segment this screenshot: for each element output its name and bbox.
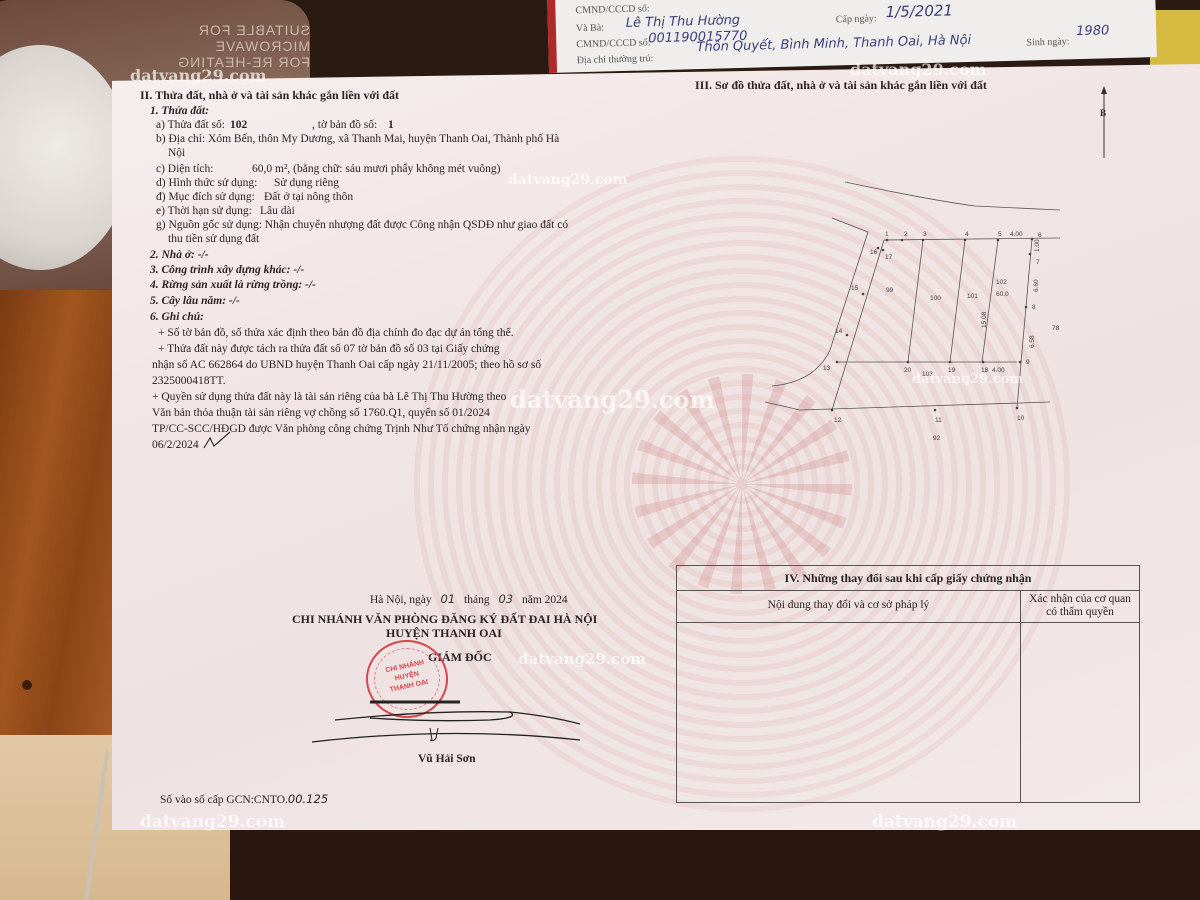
svg-text:11: 11 [935, 417, 942, 424]
svg-text:2: 2 [904, 231, 908, 238]
svg-text:15.08: 15.08 [981, 311, 988, 328]
cmnd-top-label: CMND/CCCD số: [575, 3, 649, 16]
col-authority-line1: Xác nhận của cơ quan [1021, 593, 1139, 606]
to-ban-do-value: 1 [388, 118, 394, 132]
svg-text:100: 100 [930, 295, 941, 302]
wooden-table [0, 290, 130, 750]
svg-text:1: 1 [885, 231, 889, 238]
svg-text:8: 8 [1032, 304, 1036, 311]
ghi-chu-line: Văn bản thỏa thuận tài sản riêng vợ chồn… [152, 406, 490, 420]
sub1-title: 1. Thửa đất: [150, 104, 209, 118]
col-authority-header: Xác nhận của cơ quan có thẩm quyền [1021, 590, 1139, 623]
changes-table: IV. Những thay đổi sau khi cấp giấy chứn… [676, 565, 1140, 803]
signer-name: Vũ Hải Sơn [418, 752, 476, 766]
thua-dat-label: a) Thửa đất số: [156, 118, 225, 132]
container-label: SUITABLE FOR MICROWAVE FOR RE-HEATING [130, 22, 310, 70]
svg-text:4.00: 4.00 [1010, 231, 1023, 238]
to-ban-do-label: , tờ bản đồ số: [312, 118, 377, 132]
org-line1: CHI NHÁNH VĂN PHÒNG ĐĂNG KÝ ĐẤT ĐAI HÀ N… [292, 612, 597, 626]
watermark: datvang29.com [130, 66, 267, 85]
thua-dat-value: 102 [230, 118, 247, 132]
svg-text:4: 4 [965, 231, 969, 238]
watermark: datvang29.com [508, 172, 628, 188]
registry-value: 00.125 [288, 792, 328, 806]
north-arrow-icon [1097, 86, 1111, 160]
svg-text:7: 7 [1036, 259, 1040, 266]
cmnd-label: CMND/CCCD số: [576, 37, 650, 50]
sinh-ngay-label: Sinh ngày: [1026, 36, 1069, 48]
plot-map-svg: 1234567891011121314151617181920991001011… [760, 170, 1080, 460]
nguon-goc-line2: thu tiền sử dụng đất [168, 232, 259, 246]
svg-text:16: 16 [870, 249, 878, 256]
col-authority-line2: có thẩm quyền [1021, 606, 1139, 619]
svg-text:17: 17 [885, 254, 893, 261]
container-lid [0, 45, 130, 270]
ghi-chu-line: nhận số AC 662864 do UBND huyện Thanh Oa… [152, 358, 541, 372]
date-month-label: tháng [464, 594, 490, 606]
cay-lau-nam: 5. Cây lâu năm: -/- [150, 294, 240, 308]
registry-label: Số vào sổ cấp GCN:CNTO. [160, 794, 288, 806]
section2-title: II. Thửa đất, nhà ở và tài sản khác gắn … [140, 88, 399, 102]
watermark: datvang29.com [510, 385, 715, 414]
svg-text:92: 92 [933, 435, 941, 442]
va-ba-value: Lê Thị Thu Hường [626, 13, 741, 31]
svg-text:14: 14 [835, 328, 843, 335]
cap-ngay-value: 1/5/2021 [885, 1, 953, 21]
dia-chi-label: Địa chỉ thường trú: [577, 53, 654, 66]
watermark: datvang29.com [140, 812, 285, 832]
container-text-line: SUITABLE FOR MICROWAVE [130, 22, 310, 54]
wood-knot [22, 680, 32, 690]
svg-text:101: 101 [967, 293, 978, 300]
nha-o: 2. Nhà ở: -/- [150, 248, 209, 262]
svg-text:3: 3 [923, 231, 927, 238]
ghi-chu-line: + Quyền sử dụng thửa đất này là tài sản … [152, 390, 506, 404]
svg-text:6: 6 [1038, 232, 1042, 239]
ghi-chu-line: 2325000418TT. [152, 374, 226, 388]
org-line2: HUYỆN THANH OAI [386, 626, 502, 640]
date-month: 03 [498, 592, 513, 606]
hinh-thuc-label: d) Hình thức sử dụng: [156, 176, 257, 190]
watermark: datvang29.com [912, 372, 1023, 387]
col-authority-cell [1021, 623, 1139, 802]
col-content-cell [677, 623, 1021, 802]
svg-text:12: 12 [834, 417, 842, 424]
svg-text:13: 13 [823, 365, 831, 372]
va-ba-label: Và Bà: [576, 22, 604, 34]
watermark: datvang29.com [872, 812, 1017, 832]
svg-text:1.00: 1.00 [1034, 239, 1041, 252]
initials-mark-icon [202, 430, 232, 452]
date-year: năm 2024 [522, 594, 568, 606]
dien-tich-value: 60,0 m², (bằng chữ: sáu mươi phẩy không … [252, 162, 500, 176]
north-label: B [1100, 106, 1106, 120]
col-content-header: Nội dung thay đổi và cơ sở pháp lý [677, 590, 1021, 623]
date-prefix: Hà Nội, ngày [370, 594, 432, 606]
thoi-han-value: Lâu dài [260, 204, 295, 218]
muc-dich-label: đ) Mục đích sử dụng: [156, 190, 255, 204]
svg-text:15: 15 [851, 285, 859, 292]
svg-text:5: 5 [998, 231, 1002, 238]
land-plot-diagram: 1234567891011121314151617181920991001011… [760, 170, 1080, 460]
svg-text:9: 9 [1026, 359, 1030, 366]
ghi-chu-title: 6. Ghi chú: [150, 310, 204, 324]
svg-text:102: 102 [996, 279, 1007, 286]
watermark: datvang29.com [850, 60, 987, 79]
svg-text:99: 99 [886, 287, 894, 294]
date-day: 01 [441, 592, 456, 606]
dia-chi-line2: Nội [168, 146, 185, 160]
thoi-han-label: e) Thời hạn sử dụng: [156, 204, 252, 218]
section4-title: IV. Những thay đổi sau khi cấp giấy chứn… [677, 566, 1139, 591]
muc-dich-value: Đất ở tại nông thôn [264, 190, 353, 204]
ghi-chu-line: 06/2/2024 [152, 438, 199, 452]
cap-ngay-label: Cấp ngày: [836, 13, 877, 25]
yellow-card [1150, 10, 1200, 70]
svg-text:78: 78 [1052, 325, 1060, 332]
svg-text:10: 10 [1017, 415, 1025, 422]
director-signature [310, 690, 590, 750]
sinh-ngay-value: 1980 [1076, 23, 1109, 39]
ghi-chu-line: + Số tờ bản đồ, số thửa xác định theo bả… [158, 326, 514, 340]
svg-text:20: 20 [904, 367, 912, 374]
cong-trinh: 3. Công trình xây dựng khác: -/- [150, 263, 304, 277]
rung-san-xuat: 4. Rừng sản xuất là rừng trồng: -/- [150, 278, 316, 292]
watermark: datvang29.com [518, 650, 646, 668]
dia-chi-line1: b) Địa chỉ: Xóm Bến, thôn My Dương, xã T… [156, 132, 559, 146]
dark-surface [230, 820, 1200, 900]
section3-title: III. Sơ đồ thửa đất, nhà ở và tài sản kh… [695, 78, 987, 92]
ghi-chu-line: + Thửa đất này được tách ra thửa đất số … [158, 342, 500, 356]
dien-tich-label: c) Diện tích: [156, 162, 213, 176]
svg-text:6.60: 6.60 [1033, 279, 1040, 292]
svg-text:60.0: 60.0 [996, 291, 1009, 298]
nguon-goc-line1: g) Nguồn gốc sử dụng: Nhận chuyển nhượng… [156, 218, 568, 232]
hinh-thuc-value: Sử dụng riêng [274, 176, 339, 190]
svg-text:6.58: 6.58 [1029, 335, 1036, 348]
date-line: Hà Nội, ngày 01 tháng 03 năm 2024 [370, 592, 568, 607]
registry-number: Số vào sổ cấp GCN:CNTO.00.125 [160, 792, 328, 807]
